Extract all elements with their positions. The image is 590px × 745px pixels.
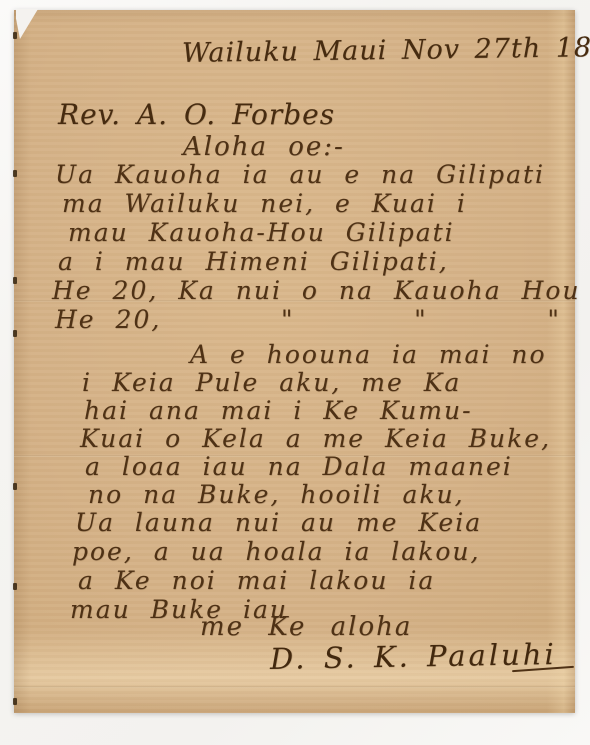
- edge-speck: [13, 330, 17, 337]
- body-line: a loaa iau na Dala maanei: [85, 452, 513, 481]
- body-line: poe, a ua hoala ia lakou,: [72, 537, 480, 566]
- scan-background: Wailuku Maui Nov 27th 1884 Rev. A. O. Fo…: [0, 0, 590, 745]
- crease-line: [14, 686, 575, 688]
- dateline: Wailuku Maui Nov 27th 1884: [182, 32, 590, 69]
- body-line: A e hoouna ia mai no: [190, 340, 547, 369]
- closing-line: me Ke aloha: [200, 612, 412, 642]
- body-line: mau Kauoha-Hou Gilipati: [68, 218, 455, 247]
- body-line: Ua launa nui au me Keia: [75, 508, 482, 537]
- body-line: no na Buke, hooili aku,: [88, 480, 465, 509]
- body-line: a i mau Himeni Gilipati,: [58, 247, 449, 276]
- body-line: He 20, Ka nui o na Kauoha Hou: [52, 276, 581, 305]
- edge-speck: [13, 277, 17, 284]
- body-line: hai ana mai i Ke Kumu-: [84, 396, 473, 425]
- torn-corner: [16, 9, 38, 39]
- edge-speck: [13, 170, 17, 177]
- body-line: He 20, " " " Himeni: [55, 305, 590, 334]
- body-line: a Ke noi mai lakou ia: [78, 566, 435, 595]
- body-line: Kuai o Kela a me Keia Buke,: [80, 424, 551, 453]
- greeting-line: Aloha oe:-: [183, 132, 345, 162]
- edge-speck: [13, 583, 17, 590]
- edge-speck: [13, 483, 17, 490]
- edge-speck: [13, 698, 17, 705]
- letter-paper: Wailuku Maui Nov 27th 1884 Rev. A. O. Fo…: [14, 10, 575, 713]
- body-line: i Keia Pule aku, me Ka: [82, 368, 461, 397]
- body-line: Ua Kauoha ia au e na Gilipati: [55, 160, 545, 189]
- edge-speck: [13, 32, 17, 39]
- body-line: ma Wailuku nei, e Kuai i: [62, 189, 467, 218]
- recipient-line: Rev. A. O. Forbes: [58, 98, 335, 131]
